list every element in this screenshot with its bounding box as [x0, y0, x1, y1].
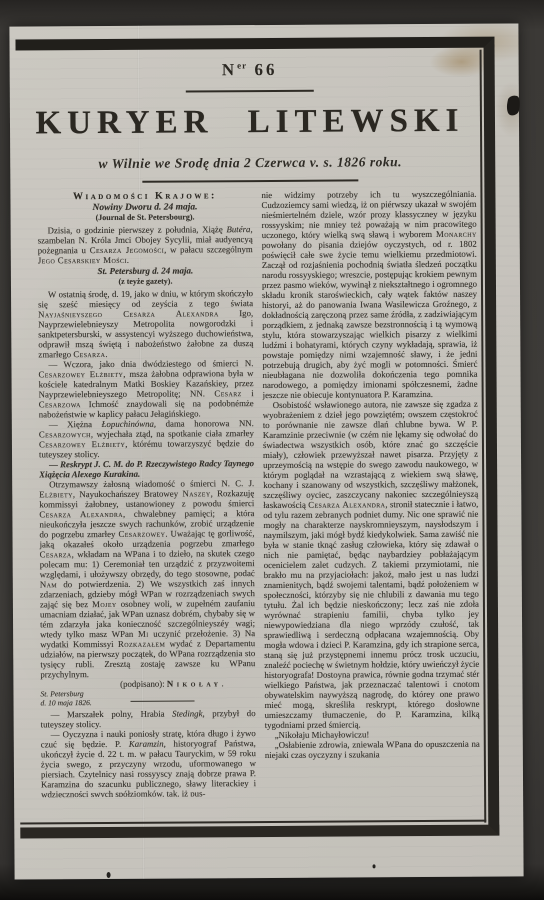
signature-line: (podpisano): Nikołay.: [40, 678, 255, 689]
paragraph: — Marszałek polny, Hrabia Stedingk, przy…: [41, 708, 256, 729]
rescript-title: — Reskrypt J. C. M. do P. Rzeczywistego …: [39, 458, 254, 479]
paper-speck: [373, 864, 376, 868]
paragraph: — Xiężna Łopuchinówna, dama honorowa NN.…: [39, 418, 254, 459]
place-date-row: St. Petersburg d. 10 maja 1826.: [40, 689, 255, 708]
section-mini-divider: [131, 701, 195, 702]
issue-number-line: Ner 66: [16, 59, 484, 82]
paragraph: „Osłabienie zdrowia, zniewala WPana do o…: [265, 739, 480, 760]
paragraph: W ostatnią środę, d. 19, jako w dniu, w …: [38, 288, 253, 359]
source-line: (Journal de St. Petersbourg).: [38, 212, 253, 223]
issue-superscript: er: [237, 60, 247, 70]
place-date: St. Petersburg d. 10 maja 1826.: [40, 690, 130, 708]
page-frame: Ner 66 KURYER LITEWSKI w Wilnie we Srodę…: [15, 37, 499, 839]
masthead-divider-top: [186, 90, 314, 93]
right-column: nie widzimy potrzeby ich tu wyszczególni…: [261, 189, 480, 796]
section-heading: Wiadomości Krajowe:: [37, 191, 252, 202]
paper-speck: [107, 872, 111, 878]
source-line: (z teyże gazety).: [38, 276, 253, 287]
paragraph: Osobistość wsławionego autora, nie zawsz…: [263, 399, 480, 730]
newspaper-page: Ner 66 KURYER LITEWSKI w Wilnie we Srodę…: [9, 23, 523, 879]
article-dateline: St. Petersburg d. 24 maja.: [38, 265, 253, 276]
issue-number: 66: [254, 60, 277, 79]
left-column: Wiadomości Krajowe: Nowiny Dworu d. 24 m…: [37, 190, 256, 797]
scanned-newspaper-screenshot: { "colors": { "paper": "#c8c5be", "ink":…: [0, 0, 544, 900]
body-columns: Wiadomości Krajowe: Nowiny Dworu d. 24 m…: [37, 189, 480, 798]
publication-dateline: w Wilnie we Srodę dnia 2 Czerwca v. s. 1…: [16, 154, 484, 173]
paragraph: — Oyczyzna i nauki poniosły stratę, któr…: [41, 728, 256, 797]
date: d. 10 maja 1826.: [41, 698, 131, 707]
paragraph: Otrzymawszy żałosną wiadomość o śmierci …: [39, 478, 255, 679]
paragraph: — Wczora, jako dnia dwódziestego od śmie…: [38, 358, 253, 419]
newspaper-title: KURYER LITEWSKI: [16, 103, 484, 143]
masthead-divider-bottom: [142, 179, 358, 182]
paragraph: Dzisia, o godzinie pierwszey z południa,…: [38, 224, 253, 265]
ink-blot: [505, 94, 522, 116]
paragraph: nie widzimy potrzeby ich tu wyszczególni…: [261, 189, 477, 400]
masthead: Ner 66 KURYER LITEWSKI w Wilnie we Srodę…: [16, 59, 485, 184]
issue-prefix: N: [222, 60, 237, 79]
